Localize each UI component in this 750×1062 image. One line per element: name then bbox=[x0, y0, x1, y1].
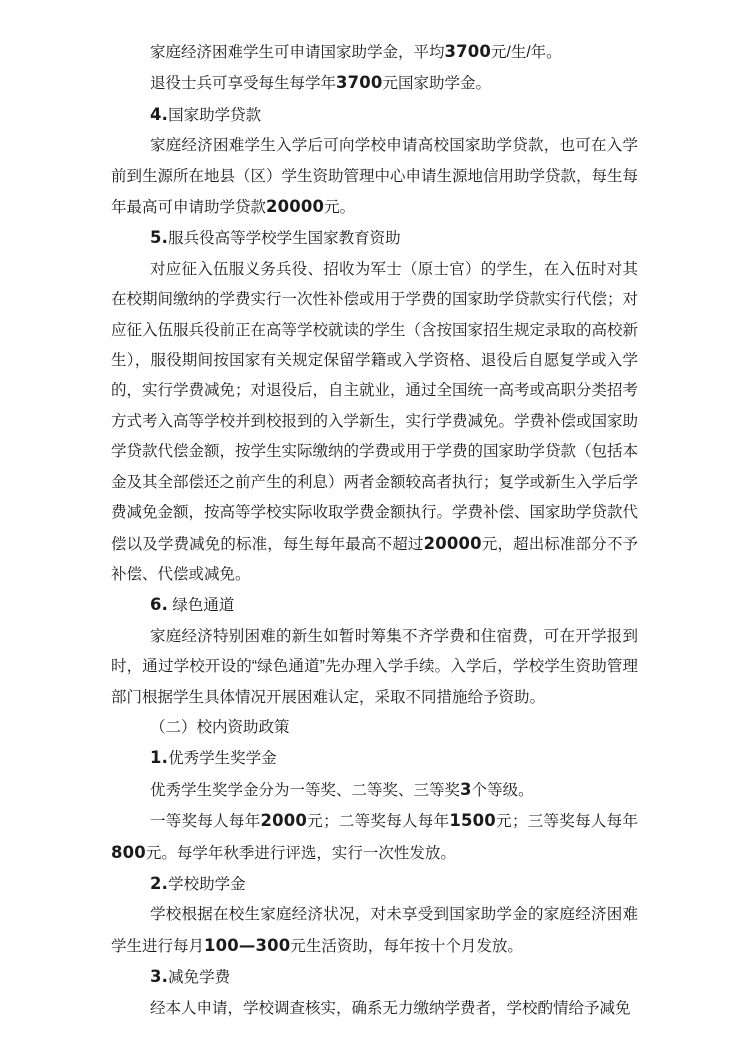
text-run: 个等级。 bbox=[472, 782, 534, 799]
bold-number-run: 6. bbox=[150, 595, 168, 614]
paragraph-4: 家庭经济困难学生入学后可向学校申请高校国家助学贷款，也可在入学前到生源所在地县（… bbox=[111, 131, 638, 223]
bold-number-run: 1. bbox=[150, 748, 168, 767]
bold-number-run: 100—300 bbox=[204, 936, 290, 955]
text-run: 国家助学贷款 bbox=[168, 107, 261, 124]
text-run: 元。 bbox=[324, 199, 355, 216]
paragraph-5: 5.服兵役高等学校学生国家教育资助 bbox=[111, 223, 638, 254]
text-run: 学校助学金 bbox=[168, 876, 246, 893]
document-page: 家庭经济困难学生可申请国家助学金，平均3700元/生/年。退役士兵可享受每生每学… bbox=[0, 0, 750, 1062]
paragraph-14: 学校根据在校生家庭经济状况，对未享受到国家助学金的家庭经济困难学生进行每月100… bbox=[111, 900, 638, 962]
bold-number-run: 2. bbox=[150, 874, 168, 893]
bold-number-run: 20000 bbox=[266, 197, 324, 216]
document-body: 家庭经济困难学生可申请国家助学金，平均3700元/生/年。退役士兵可享受每生每学… bbox=[111, 37, 638, 1024]
paragraph-16: 经本人申请，学校调查核实，确系无力缴纳学费者，学校酌情给予减免 bbox=[111, 994, 638, 1024]
bold-number-run: 3. bbox=[150, 967, 168, 986]
text-run: 元国家助学金。 bbox=[383, 75, 492, 92]
text-run: 家庭经济困难学生可申请国家助学金，平均 bbox=[150, 44, 445, 61]
text-run: 元/生/年。 bbox=[491, 44, 562, 61]
text-run: 服兵役高等学校学生国家教育资助 bbox=[168, 230, 401, 247]
bold-number-run: 3 bbox=[460, 780, 472, 799]
paragraph-10: 1.优秀学生奖学金 bbox=[111, 743, 638, 774]
text-run: 一等奖每人每年 bbox=[150, 813, 261, 830]
paragraph-12: 一等奖每人每年2000元；二等奖每人每年1500元；三等奖每人每年800元。每学… bbox=[111, 806, 638, 869]
paragraph-13: 2.学校助学金 bbox=[111, 869, 638, 900]
paragraph-8: 家庭经济特别困难的新生如暂时筹集不齐学费和住宿费，可在开学报到时，通过学校开设的… bbox=[111, 622, 638, 713]
paragraph-3: 4.国家助学贷款 bbox=[111, 100, 638, 131]
bold-number-run: 3700 bbox=[336, 73, 383, 92]
text-run: 元；三等奖每人每年 bbox=[496, 813, 638, 830]
text-run: 元生活资助，每年按十个月发放。 bbox=[290, 938, 523, 955]
bold-number-run: 800 bbox=[111, 843, 146, 862]
paragraph-15: 3.减免学费 bbox=[111, 962, 638, 993]
text-run: 退役士兵可享受每生每学年 bbox=[150, 75, 336, 92]
text-run: （二）校内资助政策 bbox=[150, 719, 290, 736]
paragraph-9: （二）校内资助政策 bbox=[111, 713, 638, 743]
text-run: 家庭经济困难学生入学后可向学校申请高校国家助学贷款，也可在入学前到生源所在地县（… bbox=[111, 137, 638, 216]
paragraph-11: 优秀学生奖学金分为一等奖、二等奖、三等奖3个等级。 bbox=[111, 775, 638, 806]
bold-number-run: 5. bbox=[150, 228, 168, 247]
text-run: 优秀学生奖学金分为一等奖、二等奖、三等奖 bbox=[150, 782, 460, 799]
text-run: 优秀学生奖学金 bbox=[168, 750, 277, 767]
text-run: 对应征入伍服义务兵役、招收为军士（原士官）的学生，在入伍时对其在校期间缴纳的学费… bbox=[111, 261, 638, 553]
bold-number-run: 20000 bbox=[424, 534, 482, 553]
text-run: 元。每学年秋季进行评选，实行一次性发放。 bbox=[146, 845, 456, 862]
text-run: 元；二等奖每人每年 bbox=[307, 813, 449, 830]
paragraph-6: 对应征入伍服义务兵役、招收为军士（原士官）的学生，在入伍时对其在校期间缴纳的学费… bbox=[111, 255, 638, 590]
bold-number-run: 1500 bbox=[449, 811, 496, 830]
bold-number-run: 4. bbox=[150, 105, 168, 124]
text-run: 经本人申请，学校调查核实，确系无力缴纳学费者，学校酌情给予减免 bbox=[150, 1000, 631, 1017]
text-run: 家庭经济特别困难的新生如暂时筹集不齐学费和住宿费，可在开学报到时，通过学校开设的… bbox=[111, 628, 638, 706]
paragraph-7: 6. 绿色通道 bbox=[111, 590, 638, 621]
paragraph-1: 家庭经济困难学生可申请国家助学金，平均3700元/生/年。 bbox=[111, 37, 638, 68]
bold-number-run: 3700 bbox=[445, 42, 492, 61]
paragraph-2: 退役士兵可享受每生每学年3700元国家助学金。 bbox=[111, 68, 638, 99]
text-run: 减免学费 bbox=[168, 969, 230, 986]
bold-number-run: 2000 bbox=[261, 811, 308, 830]
text-run: 绿色通道 bbox=[168, 597, 234, 614]
